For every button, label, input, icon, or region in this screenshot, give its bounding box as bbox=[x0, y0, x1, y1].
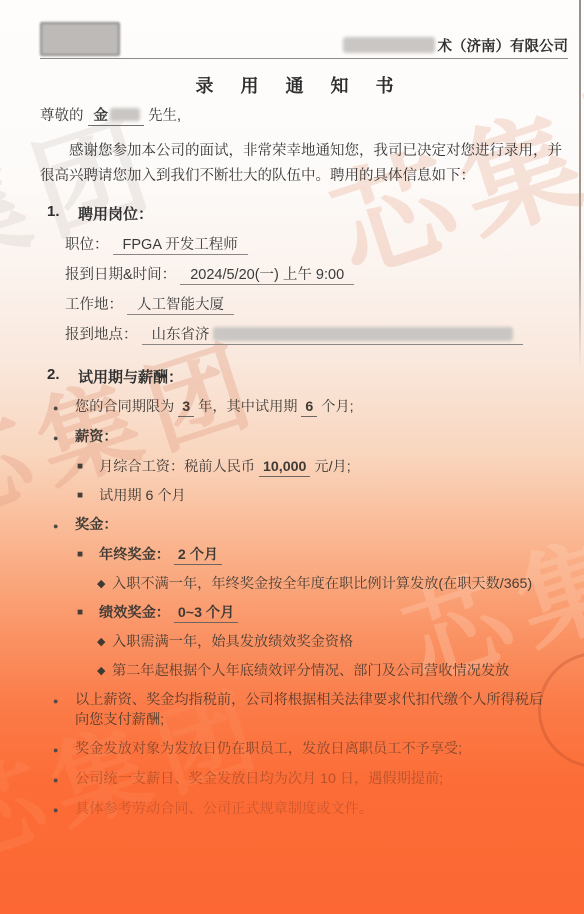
bullet-circle-icon: ● bbox=[53, 690, 75, 711]
section1-heading: 1. 聘用岗位： bbox=[40, 203, 568, 224]
probation-text: 试用期 6 个月 bbox=[99, 486, 186, 506]
section1-number: 1. bbox=[40, 203, 78, 224]
section1-title: 聘用岗位： bbox=[78, 203, 153, 224]
greeting-prefix: 尊敬的 bbox=[40, 108, 84, 124]
list-item-perf-bonus-note2: ◆ 第二年起根据个人年底绩效评分情况、部门及公司营收情况发放 bbox=[40, 661, 568, 681]
address-redacted bbox=[213, 327, 513, 341]
contract-years: 3 bbox=[178, 399, 194, 417]
field-value: 2024/5/20(一) 上午 9:00 bbox=[180, 267, 354, 285]
bullet-circle-icon: ● bbox=[53, 769, 75, 790]
company-logo-redacted bbox=[40, 22, 120, 56]
field-label: 工作地： bbox=[65, 297, 123, 313]
field-value: 人工智能大厦 bbox=[127, 297, 234, 315]
salary-label: 薪资： bbox=[75, 427, 118, 447]
field-report-address: 报到地点： 山东省济 bbox=[65, 323, 568, 344]
tax-note: 以上薪资、奖金均指税前，公司将根据相关法律要求代扣代缴个人所得税后向您支付薪酬; bbox=[75, 690, 553, 730]
document-title: 录 用 通 知 书 bbox=[32, 72, 568, 98]
contract-text: 年，其中试用期 bbox=[198, 399, 297, 415]
bullet-circle-icon: ● bbox=[53, 515, 75, 536]
list-item-probation: ■ 试用期 6 个月 bbox=[40, 486, 568, 506]
company-name-suffix: 术（济南）有限公司 bbox=[438, 39, 569, 55]
annual-bonus-label: 年终奖金： bbox=[99, 547, 170, 563]
salary-text: 元/月; bbox=[314, 459, 350, 475]
recipient-name: 金 bbox=[88, 108, 145, 126]
bullet-square-icon: ■ bbox=[77, 603, 99, 623]
eligibility-note: 奖金发放对象为发放日仍在职员工，发放日离职员工不予享受; bbox=[75, 739, 462, 759]
bullet-circle-icon: ● bbox=[53, 739, 75, 760]
section2-list: ● 您的合同期限为 3 年，其中试用期 6 个月; ● 薪资： ■ 月综合工资：… bbox=[40, 397, 568, 820]
list-item-annual-bonus: ■ 年终奖金： 2 个月 bbox=[40, 545, 568, 565]
perf-bonus-note1: 入职需满一年，始具发放绩效奖金资格 bbox=[112, 632, 353, 652]
field-value: 山东省济 bbox=[142, 327, 523, 345]
intro-paragraph: 感谢您参加本公司的面试，非常荣幸地通知您，我司已决定对您进行录用，并很高兴聘请您… bbox=[40, 139, 568, 189]
reference-note: 具体参考劳动合同、公司正式规章制度或文件。 bbox=[75, 799, 373, 819]
section2-number: 2. bbox=[40, 366, 78, 387]
company-name-redacted bbox=[343, 37, 435, 53]
list-item-bonus: ● 奖金： bbox=[40, 515, 568, 536]
section2-heading: 2. 试用期与薪酬： bbox=[40, 366, 568, 387]
greeting-line: 尊敬的 金 先生, bbox=[40, 104, 568, 125]
annual-bonus-value: 2 个月 bbox=[174, 547, 222, 565]
field-label: 报到日期&时间： bbox=[65, 267, 176, 283]
field-value: FPGA 开发工程师 bbox=[113, 237, 248, 255]
offer-letter-page: 芯集团 芯集团 芯集团 芯集团 芯集团 术（济南）有限公司 录 用 通 知 书 … bbox=[0, 0, 584, 914]
salary-text: 月综合工资：税前人民币 bbox=[99, 459, 255, 475]
section2-title: 试用期与薪酬： bbox=[78, 366, 183, 387]
field-position: 职位： FPGA 开发工程师 bbox=[65, 233, 568, 254]
perf-bonus-label: 绩效奖金： bbox=[99, 605, 170, 621]
list-item-salary: ● 薪资： bbox=[40, 427, 568, 448]
bonus-label: 奖金： bbox=[75, 515, 118, 535]
perf-bonus-note2: 第二年起根据个人年底绩效评分情况、部门及公司营收情况发放 bbox=[112, 661, 509, 681]
probation-months: 6 bbox=[301, 399, 317, 417]
company-name: 术（济南）有限公司 bbox=[343, 35, 569, 56]
list-item-reference-note: ● 具体参考劳动合同、公司正式规章制度或文件。 bbox=[40, 799, 568, 820]
bullet-diamond-icon: ◆ bbox=[97, 574, 112, 594]
perf-bonus-value: 0~3 个月 bbox=[174, 605, 238, 623]
section1-fields: 职位： FPGA 开发工程师 报到日期&时间： 2024/5/20(一) 上午 … bbox=[65, 233, 568, 344]
list-item-perf-bonus: ■ 绩效奖金： 0~3 个月 bbox=[40, 603, 568, 623]
list-item-contract: ● 您的合同期限为 3 年，其中试用期 6 个月; bbox=[40, 397, 568, 418]
bullet-diamond-icon: ◆ bbox=[97, 632, 112, 652]
payday-note: 公司统一支薪日、奖金发放日均为次月 10 日，遇假期提前; bbox=[75, 769, 443, 789]
field-report-datetime: 报到日期&时间： 2024/5/20(一) 上午 9:00 bbox=[65, 263, 568, 284]
letterhead: 术（济南）有限公司 bbox=[40, 22, 568, 59]
annual-bonus-note: 入职不满一年，年终奖金按全年度在职比例计算发放(在职天数/365) bbox=[112, 574, 532, 594]
contract-text: 个月; bbox=[321, 399, 353, 415]
bullet-diamond-icon: ◆ bbox=[97, 661, 112, 681]
intro-line1: 感谢您参加本公司的面试，非常荣幸地通知您，我司已决定对您进行录用， bbox=[69, 143, 548, 159]
field-work-location: 工作地： 人工智能大厦 bbox=[65, 293, 568, 314]
recipient-name-redacted bbox=[110, 108, 140, 121]
bullet-circle-icon: ● bbox=[53, 799, 75, 820]
bullet-circle-icon: ● bbox=[53, 397, 75, 418]
document-body: 术（济南）有限公司 录 用 通 知 书 尊敬的 金 先生, 感谢您参加本公司的面… bbox=[0, 0, 584, 820]
list-item-tax-note: ● 以上薪资、奖金均指税前，公司将根据相关法律要求代扣代缴个人所得税后向您支付薪… bbox=[40, 690, 568, 730]
salary-amount: 10,000 bbox=[259, 459, 310, 477]
list-item-payday-note: ● 公司统一支薪日、奖金发放日均为次月 10 日，遇假期提前; bbox=[40, 769, 568, 790]
list-item-eligibility-note: ● 奖金发放对象为发放日仍在职员工，发放日离职员工不予享受; bbox=[40, 739, 568, 760]
bullet-square-icon: ■ bbox=[77, 545, 99, 565]
bullet-square-icon: ■ bbox=[77, 486, 99, 506]
field-label: 职位： bbox=[65, 237, 109, 253]
list-item-perf-bonus-note1: ◆ 入职需满一年，始具发放绩效奖金资格 bbox=[40, 632, 568, 652]
contract-text: 您的合同期限为 bbox=[75, 399, 174, 415]
bullet-circle-icon: ● bbox=[53, 427, 75, 448]
field-label: 报到地点： bbox=[65, 327, 138, 343]
greeting-suffix: 先生, bbox=[148, 108, 181, 124]
bullet-square-icon: ■ bbox=[77, 457, 99, 477]
list-item-monthly-salary: ■ 月综合工资：税前人民币 10,000 元/月; bbox=[40, 457, 568, 477]
list-item-annual-bonus-note: ◆ 入职不满一年，年终奖金按全年度在职比例计算发放(在职天数/365) bbox=[40, 574, 568, 594]
